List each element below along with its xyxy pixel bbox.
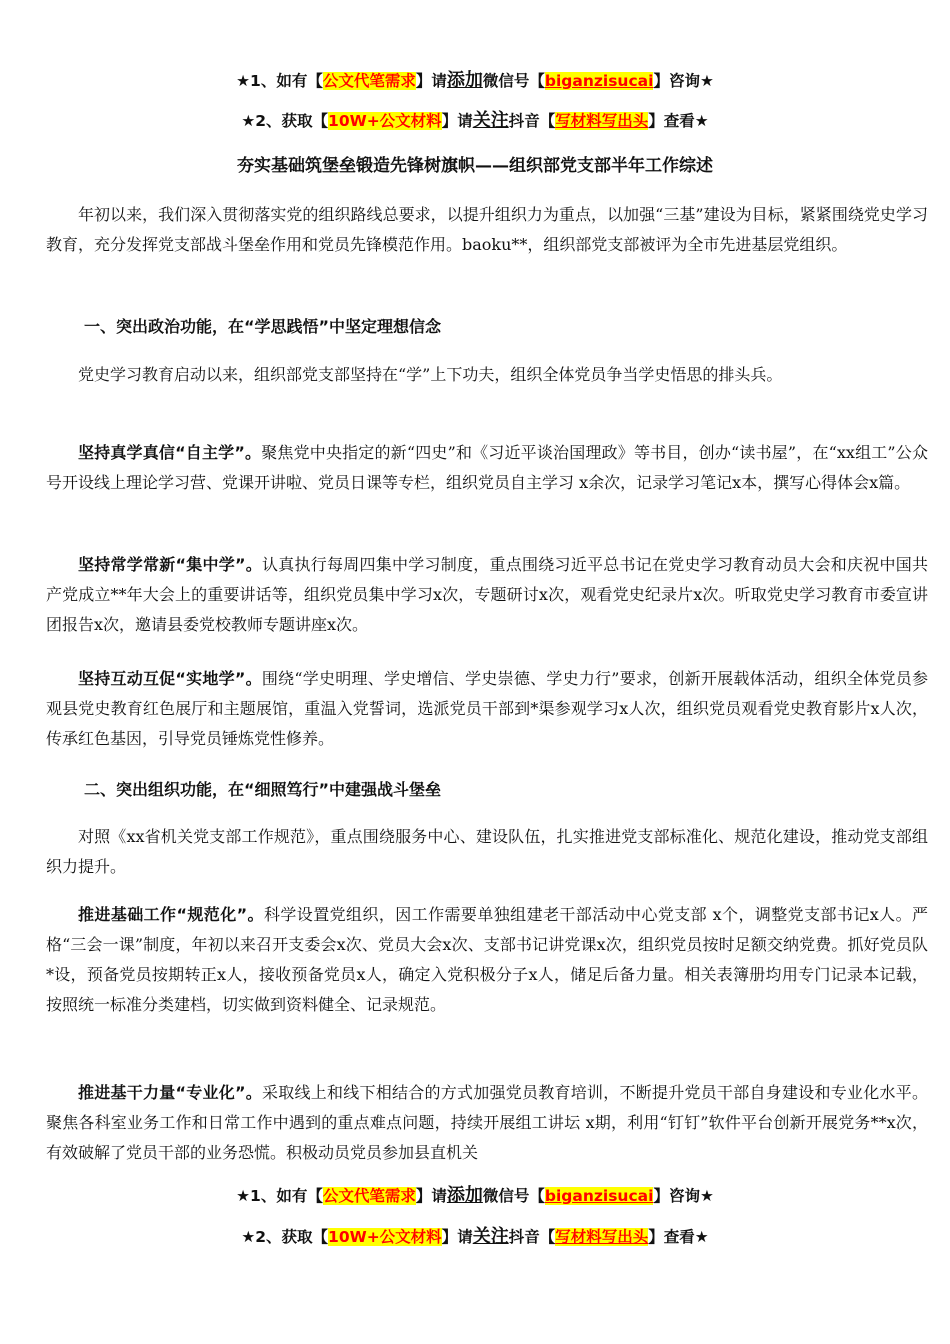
promo-line-2-top: ★2、获取【10W+公文材料】请关注抖音【写材料写出头】查看★ [0,110,950,132]
promo-text: 】请 [442,112,473,130]
promo-text: 】请 [442,1228,473,1246]
promo-underline: 关注 [473,1226,509,1247]
promo-underline: 添加 [447,1185,483,1206]
section-2-item-1: 推进基础工作“规范化”。科学设置党组织，因工作需要单独组建老干部活动中心党支部 … [46,900,928,1020]
promo-text: 微信号【 [483,1187,545,1205]
section-1-item-3: 坚持互动互促“实地学”。围绕“学史明理、学史增信、学史崇德、学史力行”要求，创新… [46,664,928,754]
promo-highlight: 10W+公文材料 [328,1228,442,1246]
item-lead: 推进基础工作“规范化”。 [78,905,264,924]
document-page: ★1、如有【公文代笔需求】请添加微信号【biganzisucai】咨询★ ★2、… [0,0,950,1344]
douyin-id-highlight: 写材料写出头 [555,112,648,130]
item-lead: 推进基干力量“专业化”。 [78,1083,262,1102]
section-2-heading: 二、突出组织功能，在“细照笃行”中建强战斗堡垒 [84,777,441,803]
section-1-heading: 一、突出政治功能，在“学思践悟”中坚定理想信念 [84,314,441,340]
paragraph-text: 对照《xx省机关党支部工作规范》，重点围绕服务中心、建设队伍，扎实推进党支部标准… [46,822,928,882]
promo-prefix: ★2、获取【 [241,1228,328,1246]
paragraph-text: 年初以来，我们深入贯彻落实党的组织路线总要求，以提升组织力为重点，以加强“三基”… [46,200,928,260]
promo-prefix: ★1、如有【 [236,1187,323,1205]
promo-text: 】请 [416,1187,447,1205]
paragraph-text: 党史学习教育启动以来，组织部党支部坚持在“学”上下功夫，组织全体党员争当学史悟思… [46,360,928,390]
item-lead: 坚持常学常新“集中学”。 [78,555,262,574]
section-2-item-2: 推进基干力量“专业化”。采取线上和线下相结合的方式加强党员教育培训，不断提升党员… [46,1078,928,1168]
douyin-id-highlight: 写材料写出头 [555,1228,648,1246]
promo-highlight: 公文代笔需求 [323,1187,416,1205]
section-1-item-2: 坚持常学常新“集中学”。认真执行每周四集中学习制度，重点围绕习近平总书记在党史学… [46,550,928,640]
promo-line-2-bottom: ★2、获取【10W+公文材料】请关注抖音【写材料写出头】查看★ [0,1226,950,1248]
promo-underline: 关注 [473,110,509,131]
promo-highlight: 公文代笔需求 [323,72,416,90]
promo-line-1-top: ★1、如有【公文代笔需求】请添加微信号【biganzisucai】咨询★ [0,70,950,92]
section-1-intro: 党史学习教育启动以来，组织部党支部坚持在“学”上下功夫，组织全体党员争当学史悟思… [46,360,928,390]
promo-highlight: 10W+公文材料 [328,112,442,130]
promo-suffix: 】咨询★ [653,72,713,90]
promo-prefix: ★2、获取【 [241,112,328,130]
item-lead: 坚持互动互促“实地学”。 [78,669,262,688]
promo-text: 微信号【 [483,72,545,90]
promo-prefix: ★1、如有【 [236,72,323,90]
document-title: 夯实基础筑堡垒锻造先锋树旗帜——组织部党支部半年工作综述 [0,153,950,179]
item-lead: 坚持真学真信“自主学”。 [78,443,261,462]
section-2-intro: 对照《xx省机关党支部工作规范》，重点围绕服务中心、建设队伍，扎实推进党支部标准… [46,822,928,882]
promo-text: 抖音【 [509,112,556,130]
section-1-item-1: 坚持真学真信“自主学”。聚焦党中央指定的新“四史”和《习近平谈治国理政》等书目，… [46,438,928,498]
promo-suffix: 】查看★ [648,112,708,130]
wechat-id-highlight: biganzisucai [545,1187,654,1205]
promo-line-1-bottom: ★1、如有【公文代笔需求】请添加微信号【biganzisucai】咨询★ [0,1185,950,1207]
promo-text: 】请 [416,72,447,90]
promo-suffix: 】咨询★ [653,1187,713,1205]
promo-underline: 添加 [447,70,483,91]
promo-suffix: 】查看★ [648,1228,708,1246]
intro-paragraph: 年初以来，我们深入贯彻落实党的组织路线总要求，以提升组织力为重点，以加强“三基”… [46,200,928,260]
wechat-id-highlight: biganzisucai [545,72,654,90]
promo-text: 抖音【 [509,1228,556,1246]
